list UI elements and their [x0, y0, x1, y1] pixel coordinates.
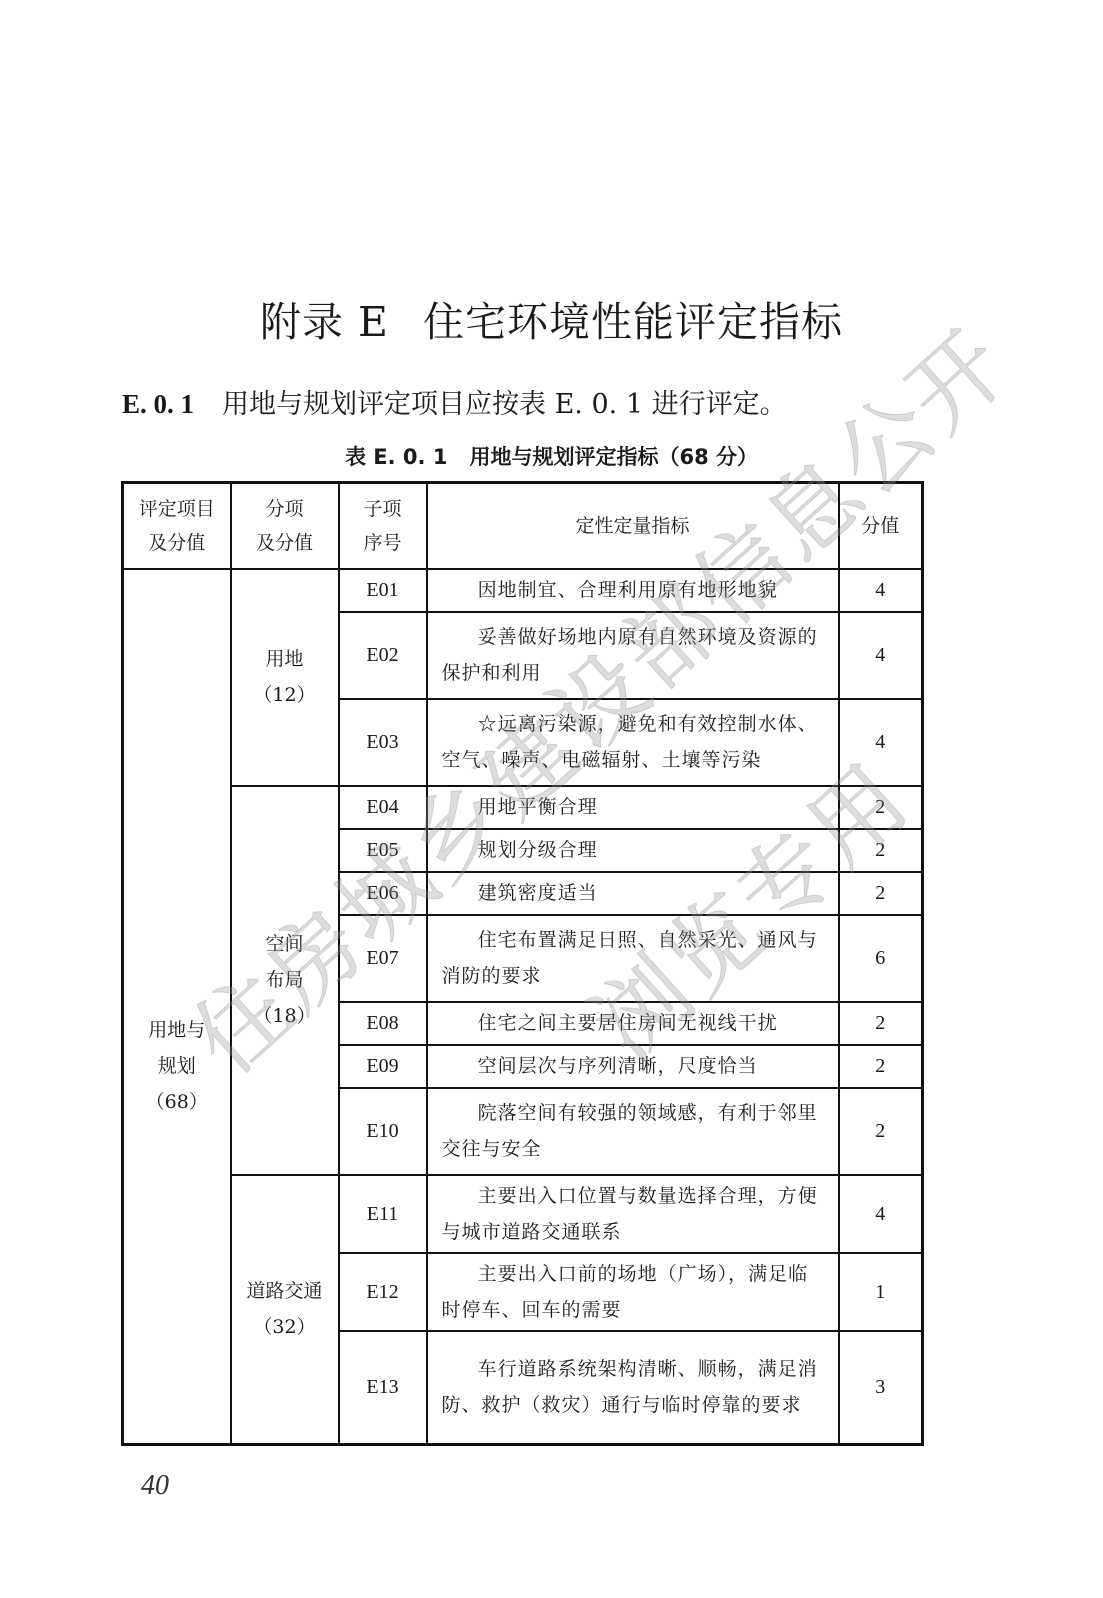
- header-item: 评定项目及分值: [123, 483, 231, 569]
- header-code: 子项序号: [339, 483, 427, 569]
- table-row: 用地与 规划 （68） 用地 （12） E01 因地制宜、合理利用原有地形地貌 …: [123, 569, 923, 612]
- row-indicator: 因地制宜、合理利用原有地形地貌: [427, 569, 839, 612]
- evaluation-table: 评定项目及分值 分项及分值 子项序号 定性定量指标 分值 用地与 规划 （68）…: [121, 481, 924, 1446]
- clause-e01: E. 0. 1用地与规划评定项目应按表 E. 0. 1 进行评定。: [122, 382, 787, 421]
- row-code: E12: [339, 1253, 427, 1331]
- row-score: 3: [839, 1331, 923, 1445]
- row-code: E02: [339, 612, 427, 699]
- table-caption: 表 E. 0. 1用地与规划评定指标（68 分）: [0, 441, 1103, 471]
- row-score: 6: [839, 915, 923, 1002]
- category-cell: 用地与 规划 （68）: [123, 569, 231, 1445]
- row-code: E05: [339, 829, 427, 872]
- appendix-title-text: 住宅环境性能评定指标: [423, 298, 843, 346]
- row-score: 2: [839, 829, 923, 872]
- row-score: 1: [839, 1253, 923, 1331]
- row-code: E06: [339, 872, 427, 915]
- row-code: E01: [339, 569, 427, 612]
- row-score: 2: [839, 1045, 923, 1088]
- header-sub-item: 分项及分值: [231, 483, 339, 569]
- row-indicator: 住宅布置满足日照、自然采光、通风与消防的要求: [427, 915, 839, 1002]
- row-indicator: 规划分级合理: [427, 829, 839, 872]
- row-score: 2: [839, 1002, 923, 1045]
- row-score: 2: [839, 786, 923, 829]
- row-code: E13: [339, 1331, 427, 1445]
- row-indicator: 车行道路系统架构清晰、顺畅，满足消防、救护（救灾）通行与临时停靠的要求: [427, 1331, 839, 1445]
- row-score: 2: [839, 1088, 923, 1175]
- row-indicator: 妥善做好场地内原有自然环境及资源的保护和利用: [427, 612, 839, 699]
- row-indicator: 建筑密度适当: [427, 872, 839, 915]
- clause-text: 用地与规划评定项目应按表 E. 0. 1 进行评定。: [222, 389, 787, 420]
- appendix-label: 附录 E: [260, 298, 389, 346]
- table-row: 空间 布局 （18） E04 用地平衡合理 2: [123, 786, 923, 829]
- clause-number: E. 0. 1: [122, 389, 194, 419]
- appendix-title: 附录 E住宅环境性能评定指标: [0, 289, 1103, 348]
- row-score: 4: [839, 569, 923, 612]
- row-indicator: 住宅之间主要居住房间无视线干扰: [427, 1002, 839, 1045]
- row-score: 4: [839, 612, 923, 699]
- header-indicator: 定性定量指标: [427, 483, 839, 569]
- table-caption-number: 表 E. 0. 1: [345, 445, 447, 469]
- row-indicator: 主要出入口位置与数量选择合理，方便与城市道路交通联系: [427, 1175, 839, 1253]
- row-code: E08: [339, 1002, 427, 1045]
- row-indicator: 院落空间有较强的领域感，有利于邻里交往与安全: [427, 1088, 839, 1175]
- row-code: E03: [339, 699, 427, 786]
- row-code: E11: [339, 1175, 427, 1253]
- header-score: 分值: [839, 483, 923, 569]
- group-cell-land: 用地 （12）: [231, 569, 339, 786]
- row-indicator: 空间层次与序列清晰，尺度恰当: [427, 1045, 839, 1088]
- row-code: E10: [339, 1088, 427, 1175]
- group-cell-spatial-layout: 空间 布局 （18）: [231, 786, 339, 1175]
- table-header-row: 评定项目及分值 分项及分值 子项序号 定性定量指标 分值: [123, 483, 923, 569]
- page-number: 40: [141, 1470, 169, 1502]
- row-indicator: 用地平衡合理: [427, 786, 839, 829]
- row-code: E09: [339, 1045, 427, 1088]
- row-indicator: ☆远离污染源，避免和有效控制水体、空气、噪声、电磁辐射、土壤等污染: [427, 699, 839, 786]
- table-caption-title: 用地与规划评定指标（68 分）: [469, 445, 758, 469]
- group-cell-road-traffic: 道路交通 （32）: [231, 1175, 339, 1445]
- row-score: 2: [839, 872, 923, 915]
- row-score: 4: [839, 699, 923, 786]
- row-code: E07: [339, 915, 427, 1002]
- row-code: E04: [339, 786, 427, 829]
- table-row: 道路交通 （32） E11 主要出入口位置与数量选择合理，方便与城市道路交通联系…: [123, 1175, 923, 1253]
- row-score: 4: [839, 1175, 923, 1253]
- row-indicator: 主要出入口前的场地（广场），满足临时停车、回车的需要: [427, 1253, 839, 1331]
